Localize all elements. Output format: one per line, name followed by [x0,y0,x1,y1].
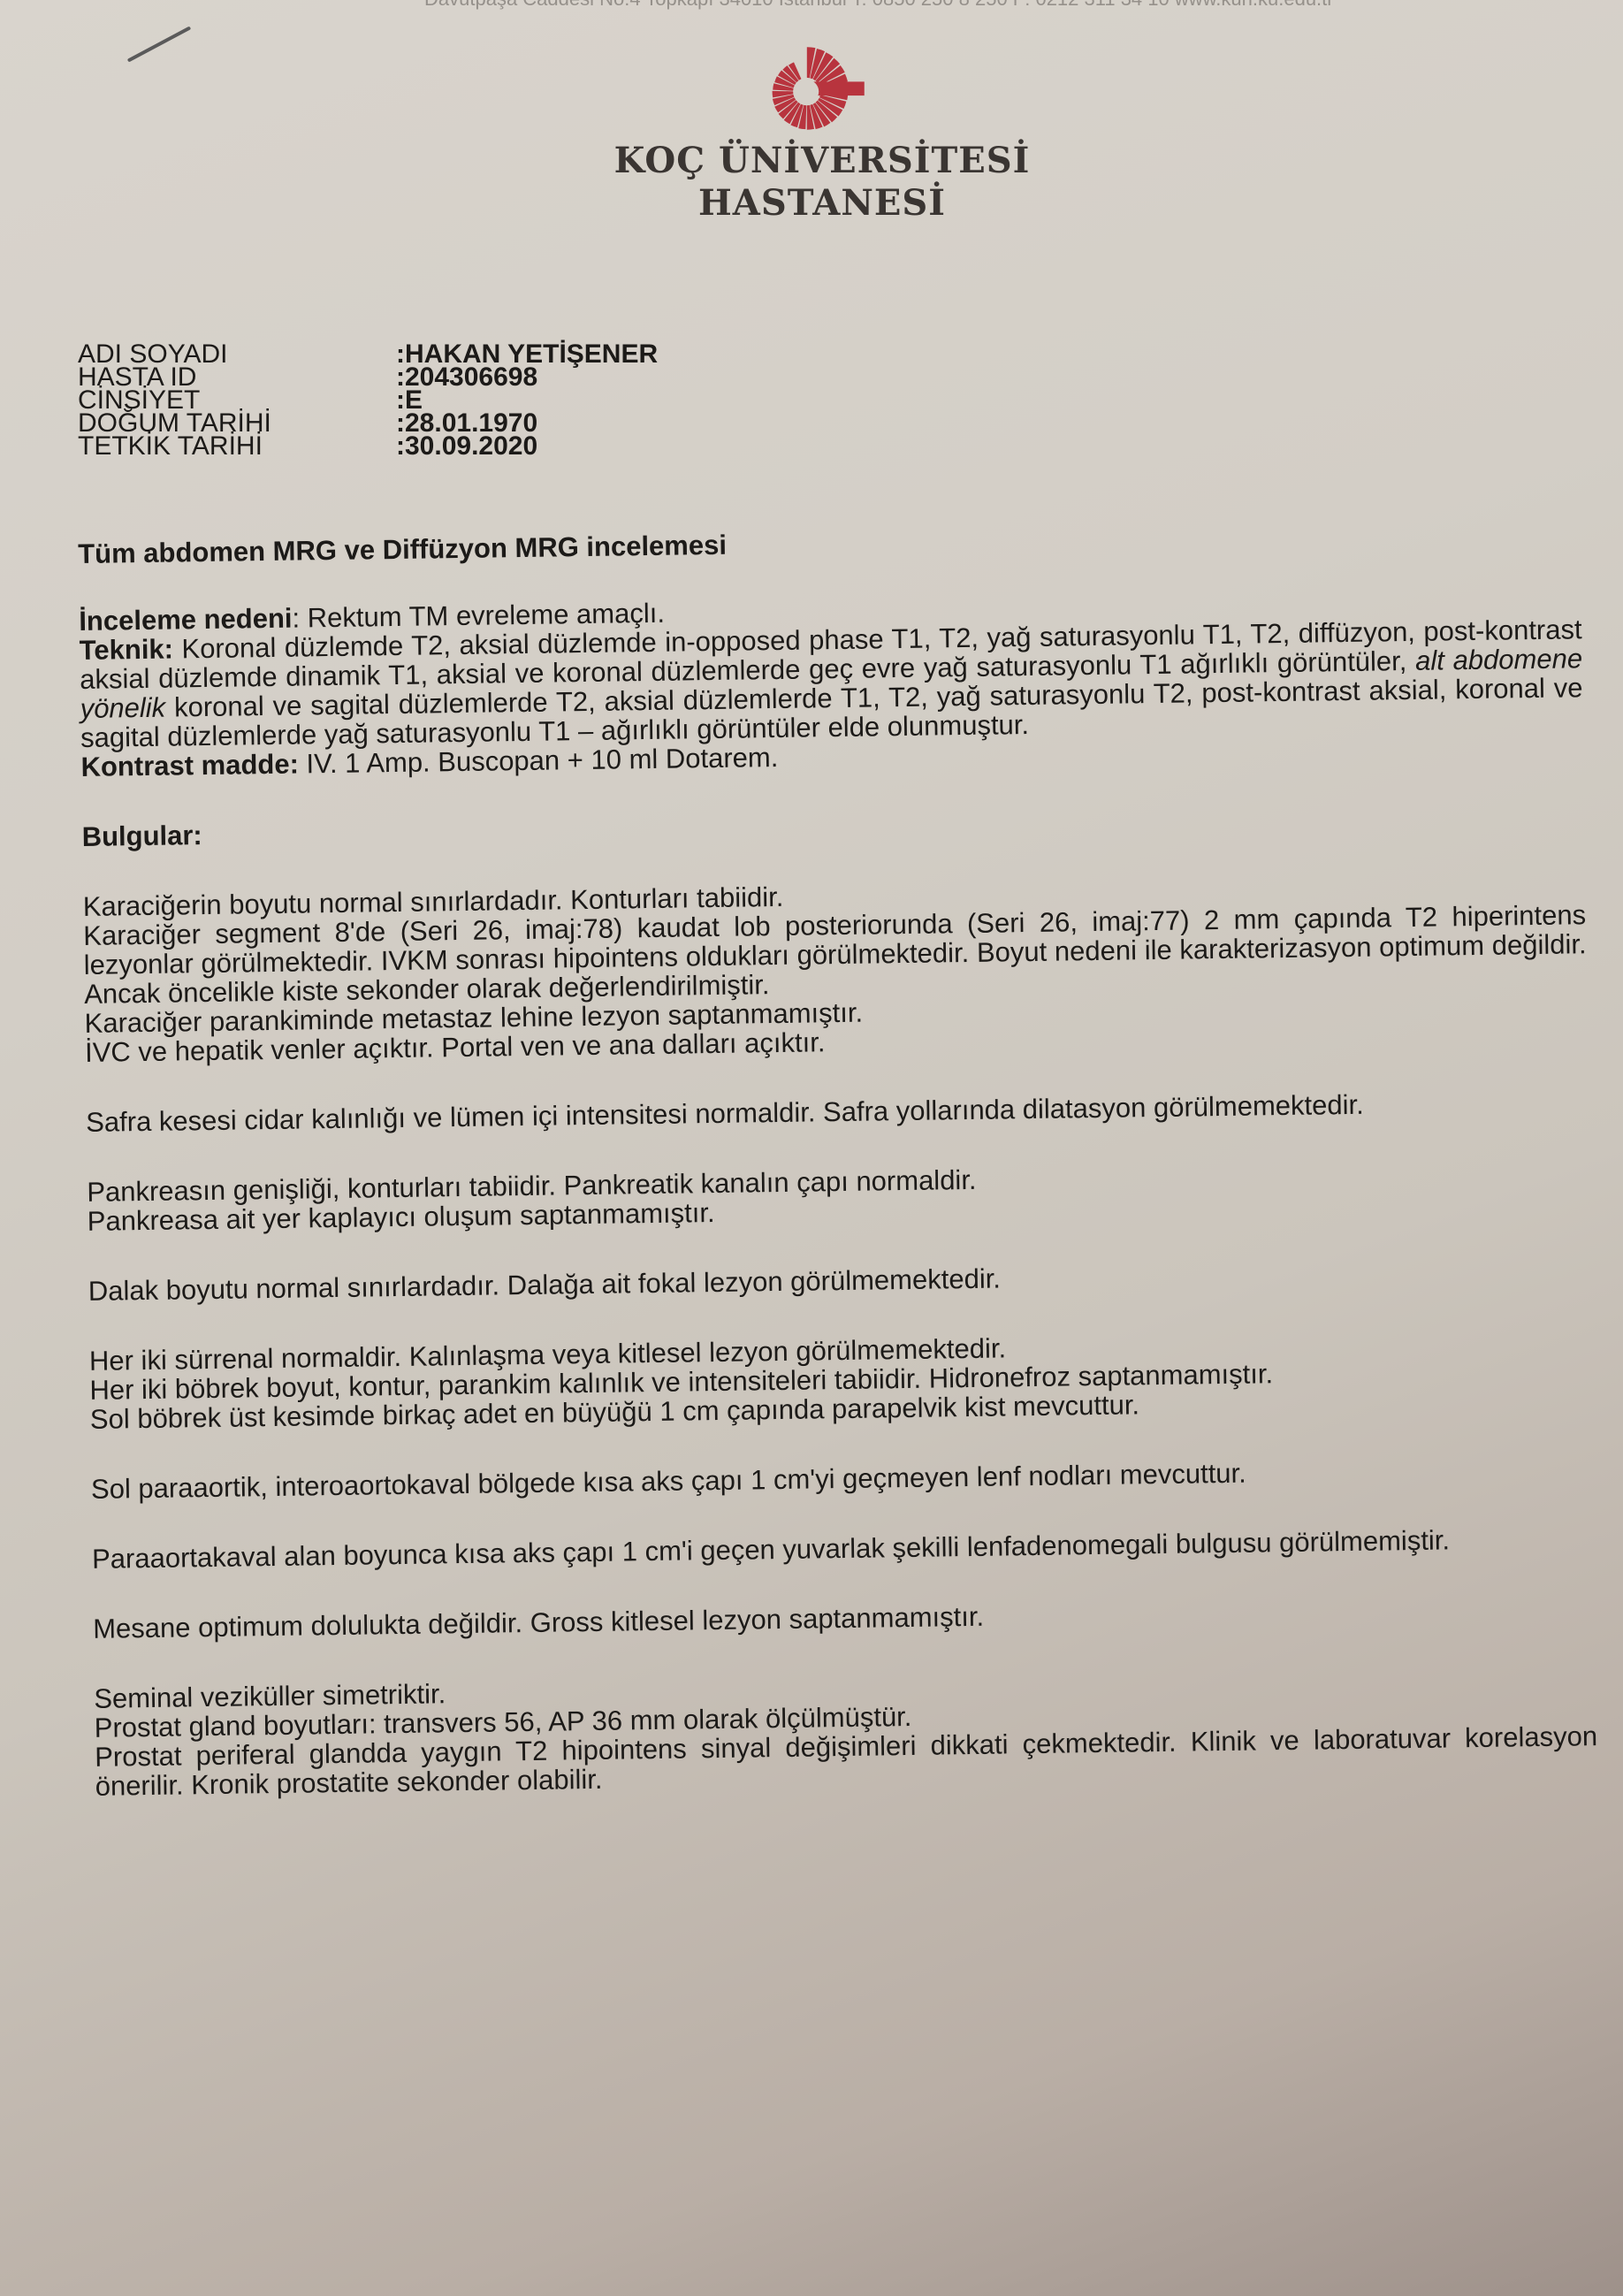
report-title: Tüm abdomen MRG ve Diffüzyon MRG incelem… [78,518,1581,568]
hospital-name-line1: KOÇ ÜNİVERSİTESİ [610,140,1034,182]
pen-mark [127,26,192,62]
hospital-name-line2: HASTANESİ [610,182,1034,225]
patient-field-value: :30.09.2020 [396,435,537,458]
hospital-name: KOÇ ÜNİVERSİTESİ HASTANESİ [610,140,1034,225]
technique-label: Teknik: [80,634,174,666]
hospital-address-line: Davutpaşa Caddesi No:4 Topkapı 34010 İst… [424,0,1397,11]
patient-field: TETKİK TARİHİ:30.09.2020 [78,435,658,458]
patient-info: ADI SOYADI:HAKAN YETİŞENERHASTA ID:20430… [78,343,658,458]
report-body: Tüm abdomen MRG ve Diffüzyon MRG incelem… [78,518,1598,1801]
hospital-logo-icon [767,37,866,136]
patient-field-label: TETKİK TARİHİ [78,435,396,458]
findings: Karaciğerin boyutu normal sınırlardadır.… [82,830,1598,1801]
technique: Teknik: Koronal düzlemde T2, aksial düzl… [80,614,1584,752]
contrast-label: Kontrast madde: [80,749,299,782]
